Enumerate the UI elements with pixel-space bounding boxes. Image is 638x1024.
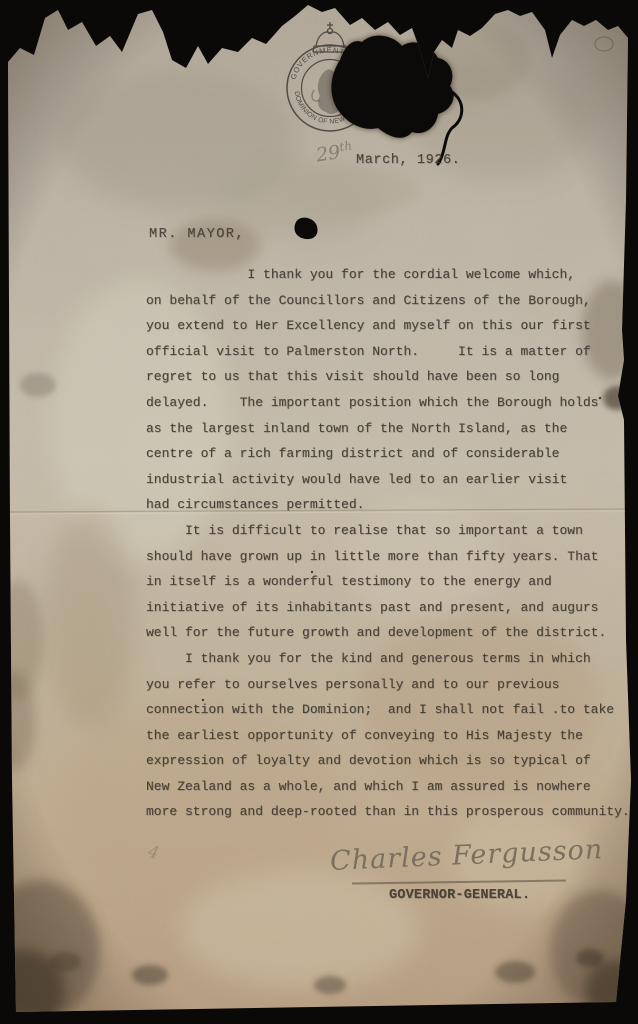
- handwritten-day-suffix: th: [339, 139, 353, 155]
- signature-title: GOVERNOR-GENERAL.: [389, 888, 530, 903]
- typed-date: March, 1926.: [356, 153, 460, 168]
- handwritten-day-number: 29: [315, 141, 342, 166]
- letter-body: I thank you for the cordial welcome whic…: [146, 262, 630, 825]
- salutation: MR. MAYOR,: [149, 227, 245, 242]
- paragraph-2: It is difficult to realise that so impor…: [146, 518, 630, 646]
- paragraph-1: I thank you for the cordial welcome whic…: [146, 262, 630, 518]
- scanned-letter-page: GOVERNMENT HOUSE DOMINION OF NEW ZEALAND: [0, 0, 638, 1024]
- paragraph-3: I thank you for the kind and generous te…: [146, 646, 630, 825]
